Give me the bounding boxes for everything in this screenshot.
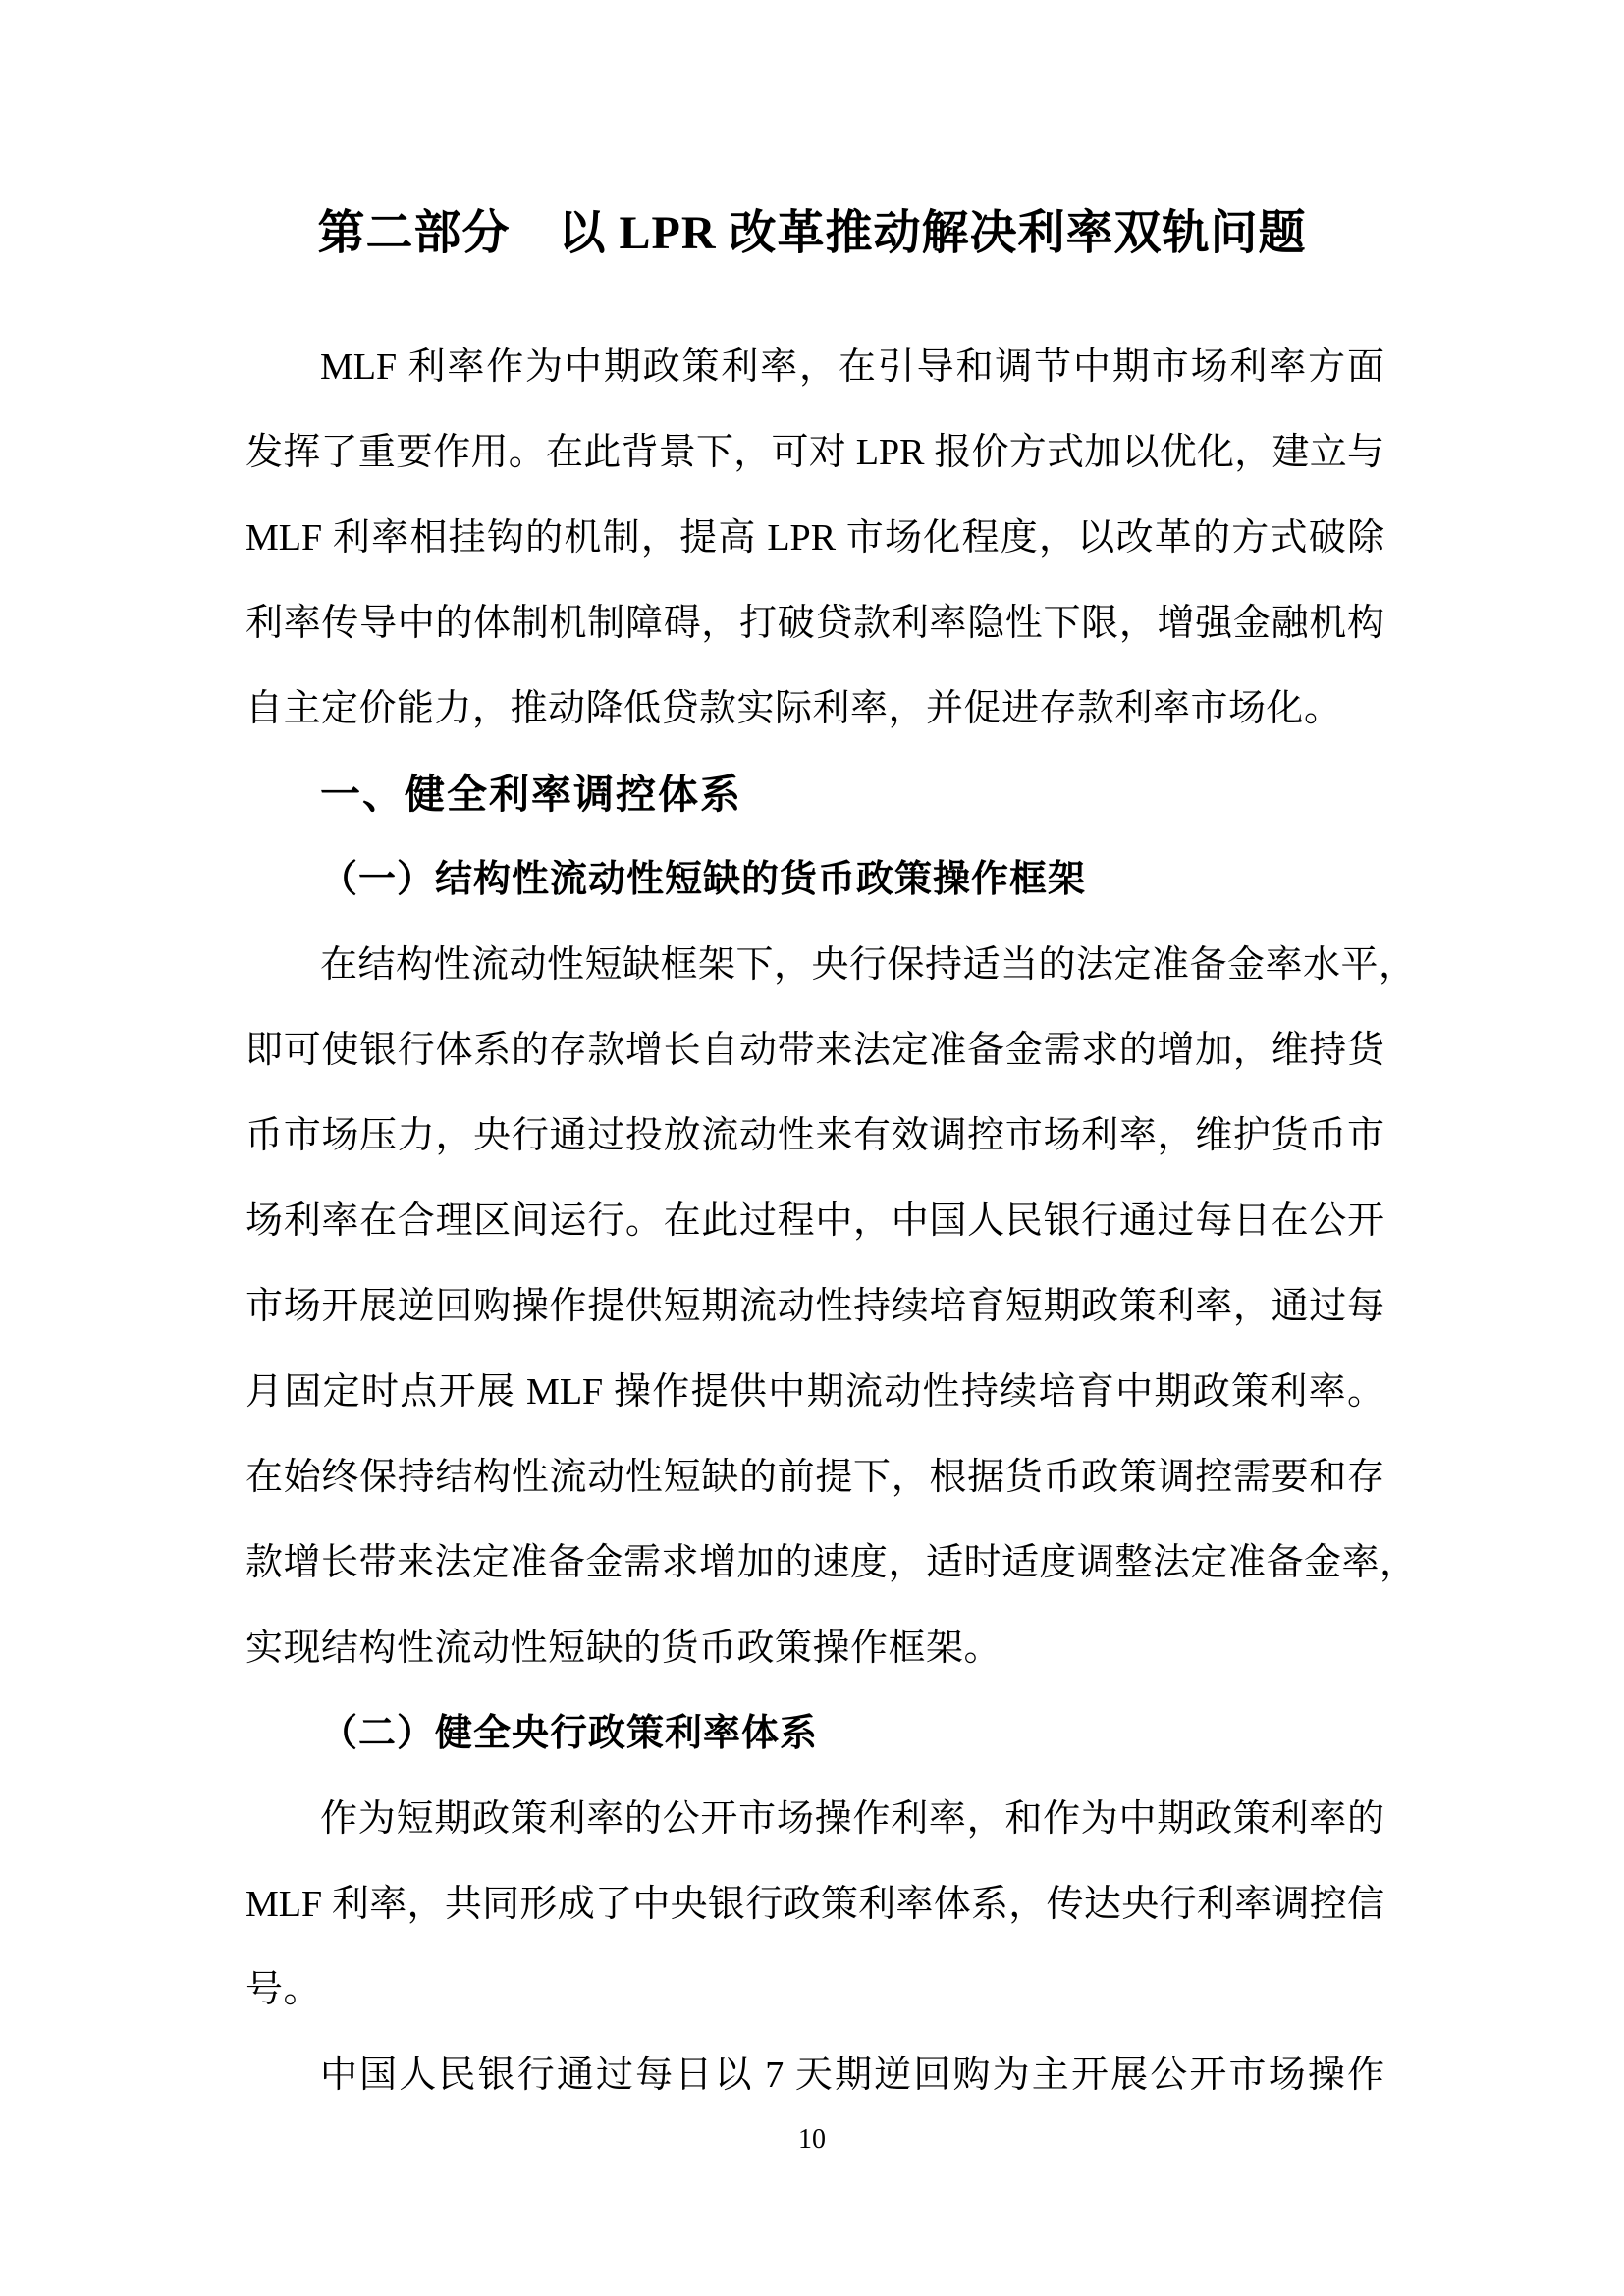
text-line: MLF 利率作为中期政策利率，在引导和调节中期市场利率方面	[245, 343, 1384, 392]
text-line: 款增长带来法定准备金需求增加的速度，适时适度调整法定准备金率，	[245, 1538, 1384, 1587]
page-title: 第二部分 以 LPR 改革推动解决利率双轨问题	[0, 204, 1624, 263]
page-number: 10	[0, 2123, 1624, 2157]
text-line: 即可使银行体系的存款增长自动带来法定准备金需求的增加，维持货	[245, 1026, 1384, 1075]
section-heading: 一、健全利率调控体系	[245, 770, 1384, 819]
text-line: 场利率在合理区间运行。在此过程中，中国人民银行通过每日在公开	[245, 1197, 1384, 1246]
text-line: 中国人民银行通过每日以 7 天期逆回购为主开展公开市场操作	[245, 2051, 1384, 2100]
section-heading: （一）结构性流动性短缺的货币政策操作框架	[245, 855, 1384, 904]
text-line: 在结构性流动性短缺框架下，央行保持适当的法定准备金率水平，	[245, 940, 1384, 989]
text-line: MLF 利率相挂钩的机制，提高 LPR 市场化程度，以改革的方式破除	[245, 513, 1384, 562]
text-line: 号。	[245, 1965, 1384, 2014]
text-line: 在始终保持结构性流动性短缺的前提下，根据货币政策调控需要和存	[245, 1453, 1384, 1502]
text-line: 月固定时点开展 MLF 操作提供中期流动性持续培育中期政策利率。	[245, 1367, 1384, 1416]
text-line: 发挥了重要作用。在此背景下，可对 LPR 报价方式加以优化，建立与	[245, 428, 1384, 477]
document-page: 第二部分 以 LPR 改革推动解决利率双轨问题 MLF 利率作为中期政策利率，在…	[0, 0, 1624, 2296]
text-line: 市场开展逆回购操作提供短期流动性持续培育短期政策利率，通过每	[245, 1282, 1384, 1331]
text-line: 作为短期政策利率的公开市场操作利率，和作为中期政策利率的	[245, 1794, 1384, 1843]
text-line: 利率传导中的体制机制障碍，打破贷款利率隐性下限，增强金融机构	[245, 599, 1384, 648]
text-line: MLF 利率，共同形成了中央银行政策利率体系，传达央行利率调控信	[245, 1880, 1384, 1929]
text-line: 自主定价能力，推动降低贷款实际利率，并促进存款利率市场化。	[245, 684, 1384, 733]
section-heading: （二）健全央行政策利率体系	[245, 1709, 1384, 1758]
text-line: 实现结构性流动性短缺的货币政策操作框架。	[245, 1624, 1384, 1673]
text-line: 币市场压力，央行通过投放流动性来有效调控市场利率，维护货币市	[245, 1111, 1384, 1160]
